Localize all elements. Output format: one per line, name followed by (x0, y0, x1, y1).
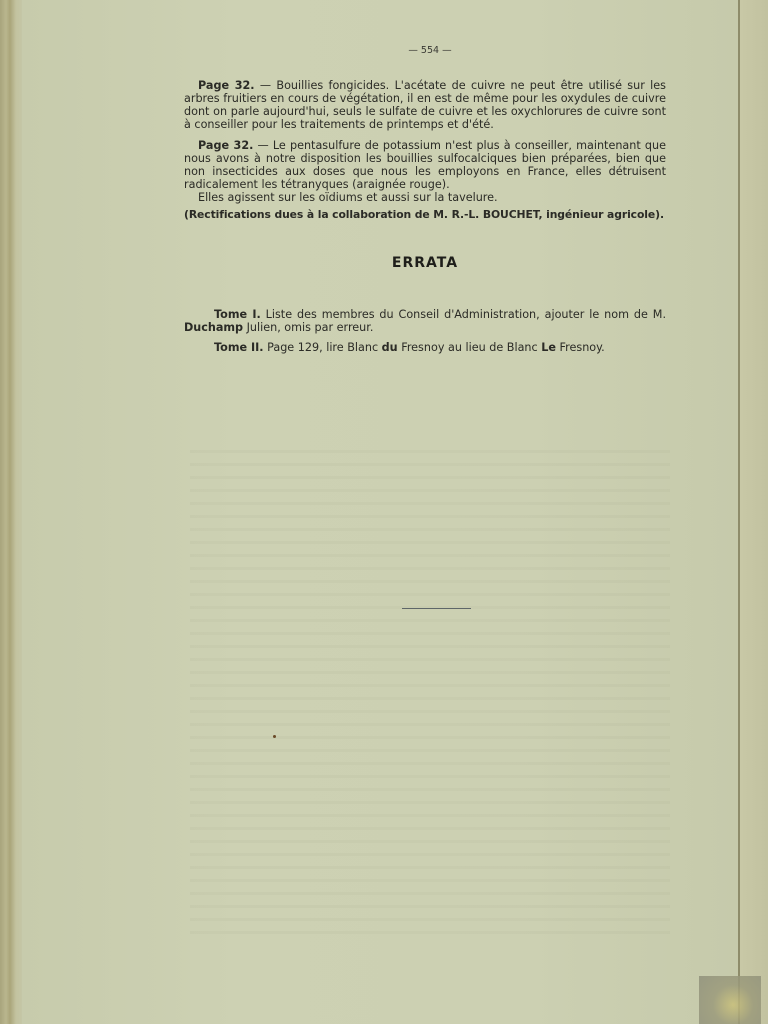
paragraph-text: — Bouillies fongicides. L'acétate de cui… (184, 79, 666, 131)
closing-rule-divider (402, 608, 471, 609)
errata-ref: Tome II. (214, 341, 264, 354)
errata-text: Julien, omis par erreur. (243, 321, 373, 334)
credit-line: (Rectifications dues à la collaboration … (184, 208, 666, 221)
paragraph-ref: Page 32. (198, 79, 255, 92)
page-number: — 554 — (184, 44, 666, 57)
next-page-strip (740, 0, 768, 1024)
errata-text: Fresnoy au lieu de Blanc (398, 341, 542, 354)
paragraph-followup: Elles agissent sur les oïdiums et aussi … (184, 191, 666, 204)
errata-text: Page 129, lire Blanc (264, 341, 382, 354)
errata-bold-name: Duchamp (184, 321, 243, 334)
errata-bold: Le (541, 341, 556, 354)
errata-ref: Tome I. (214, 308, 261, 321)
book-binding-edge (0, 0, 22, 1024)
paragraph-ref: Page 32. (198, 139, 253, 152)
errata-heading: ERRATA (184, 257, 666, 270)
errata-bold: du (382, 341, 398, 354)
errata-item-tome-1: Tome I. Liste des membres du Conseil d'A… (184, 308, 666, 334)
paragraph-bouillies: Page 32. — Bouillies fongicides. L'acéta… (184, 79, 666, 131)
errata-item-tome-2: Tome II. Page 129, lire Blanc du Fresnoy… (184, 341, 666, 354)
errata-text: Fresnoy. (556, 341, 605, 354)
paragraph-pentasulfure: Page 32. — Le pentasulfure de potassium … (184, 139, 666, 191)
paper-speck (273, 735, 276, 738)
errata-text: Liste des membres du Conseil d'Administr… (261, 308, 666, 321)
page-content: — 554 — Page 32. — Bouillies fongicides.… (184, 44, 666, 361)
corner-thumbnail (699, 976, 761, 1024)
bleed-through-text (190, 440, 670, 940)
paragraph-text: — Le pentasulfure de potassium n'est plu… (184, 139, 666, 191)
